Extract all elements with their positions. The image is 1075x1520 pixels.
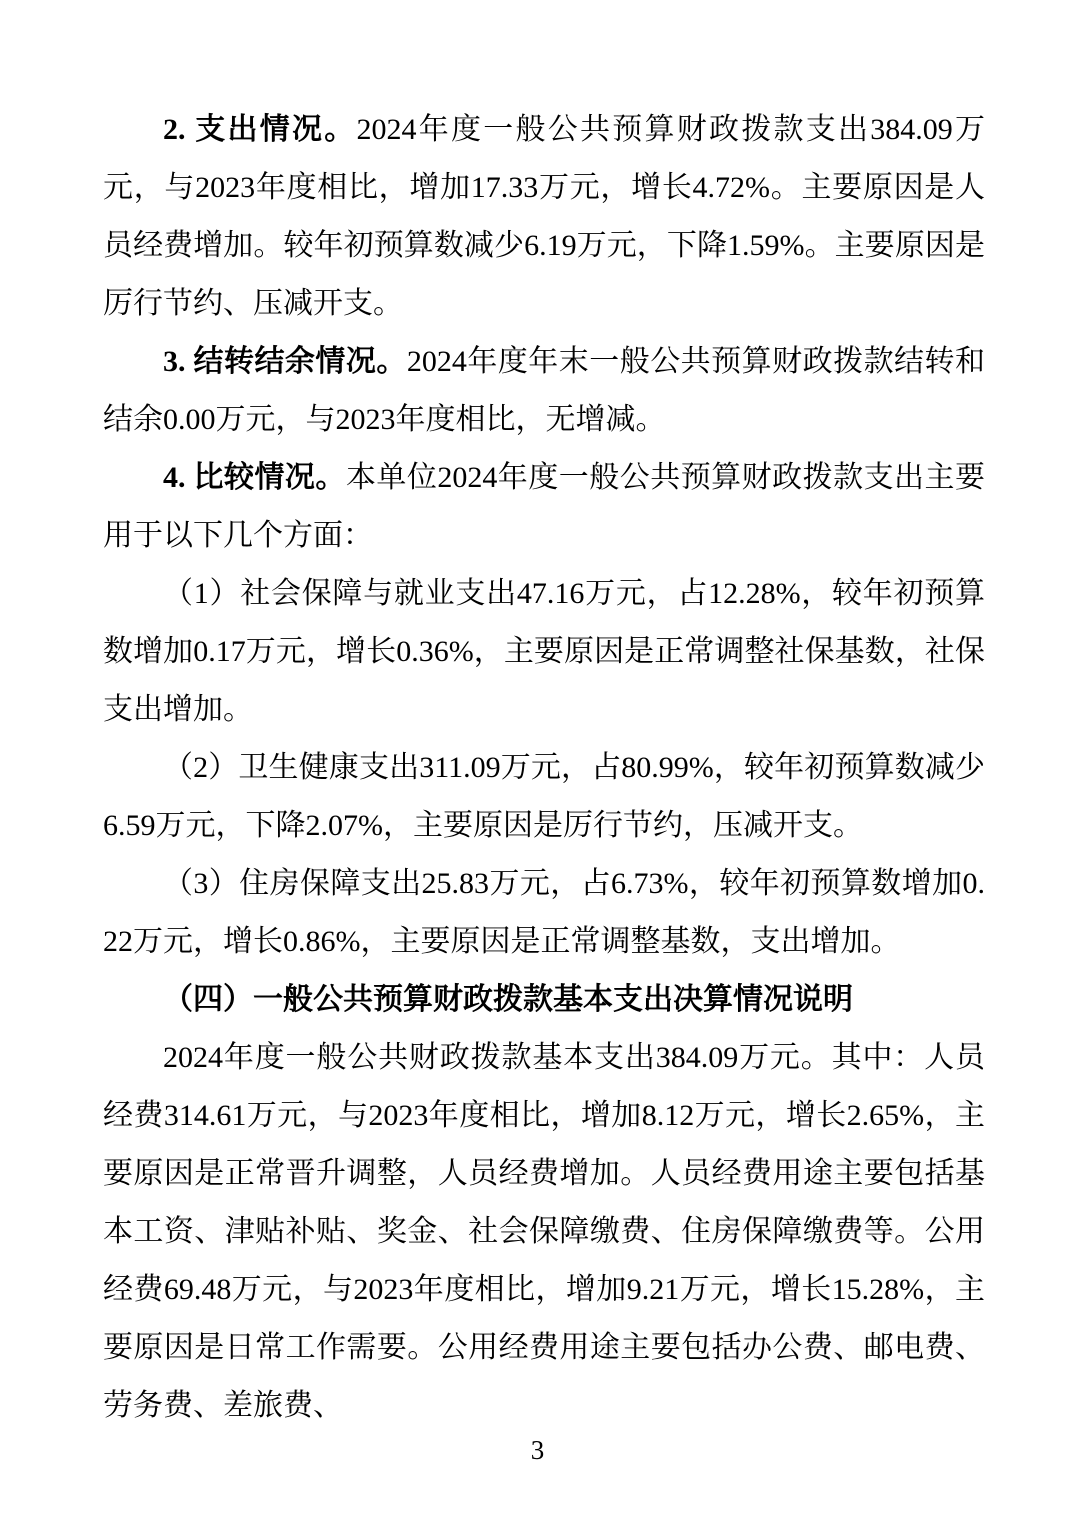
heading-text: （四）一般公共预算财政拨款基本支出决算情况说明: [163, 983, 853, 1016]
paragraph-carryover-balance: 3. 结转结余情况。2024年度年末一般公共预算财政拨款结转和结余0.00万元，…: [103, 333, 985, 449]
paragraph-item-housing: （3）住房保障支出25.83万元，占6.73%，较年初预算数增加0.22万元，增…: [103, 855, 985, 971]
paragraph-run-in-heading: 4. 比较情况。: [163, 461, 346, 494]
page-number: 3: [0, 1430, 1075, 1470]
paragraph-text: 2024年度一般公共财政拨款基本支出384.09万元。其中：人员经费314.61…: [103, 1041, 985, 1422]
paragraph-text: （2）卫生健康支出311.09万元，占80.99%，较年初预算数减少6.59万元…: [103, 751, 985, 842]
paragraph-item-social-security: （1）社会保障与就业支出47.16万元，占12.28%，较年初预算数增加0.17…: [103, 565, 985, 739]
section-heading-basic-expenditure: （四）一般公共预算财政拨款基本支出决算情况说明: [103, 971, 985, 1029]
paragraph-expenditure: 2. 支出情况。2024年度一般公共预算财政拨款支出384.09万元，与2023…: [103, 101, 985, 333]
paragraph-basic-expenditure-detail: 2024年度一般公共财政拨款基本支出384.09万元。其中：人员经费314.61…: [103, 1029, 985, 1435]
paragraph-run-in-heading: 2. 支出情况。: [163, 113, 357, 146]
paragraph-comparison: 4. 比较情况。本单位2024年度一般公共预算财政拨款支出主要用于以下几个方面：: [103, 449, 985, 565]
document-page: 2. 支出情况。2024年度一般公共预算财政拨款支出384.09万元，与2023…: [0, 0, 1075, 1520]
paragraph-item-health: （2）卫生健康支出311.09万元，占80.99%，较年初预算数减少6.59万元…: [103, 739, 985, 855]
paragraph-run-in-heading: 3. 结转结余情况。: [163, 345, 407, 378]
paragraph-text: （3）住房保障支出25.83万元，占6.73%，较年初预算数增加0.22万元，增…: [103, 867, 985, 958]
paragraph-text: （1）社会保障与就业支出47.16万元，占12.28%，较年初预算数增加0.17…: [103, 577, 985, 726]
document-body: 2. 支出情况。2024年度一般公共预算财政拨款支出384.09万元，与2023…: [103, 101, 985, 1435]
